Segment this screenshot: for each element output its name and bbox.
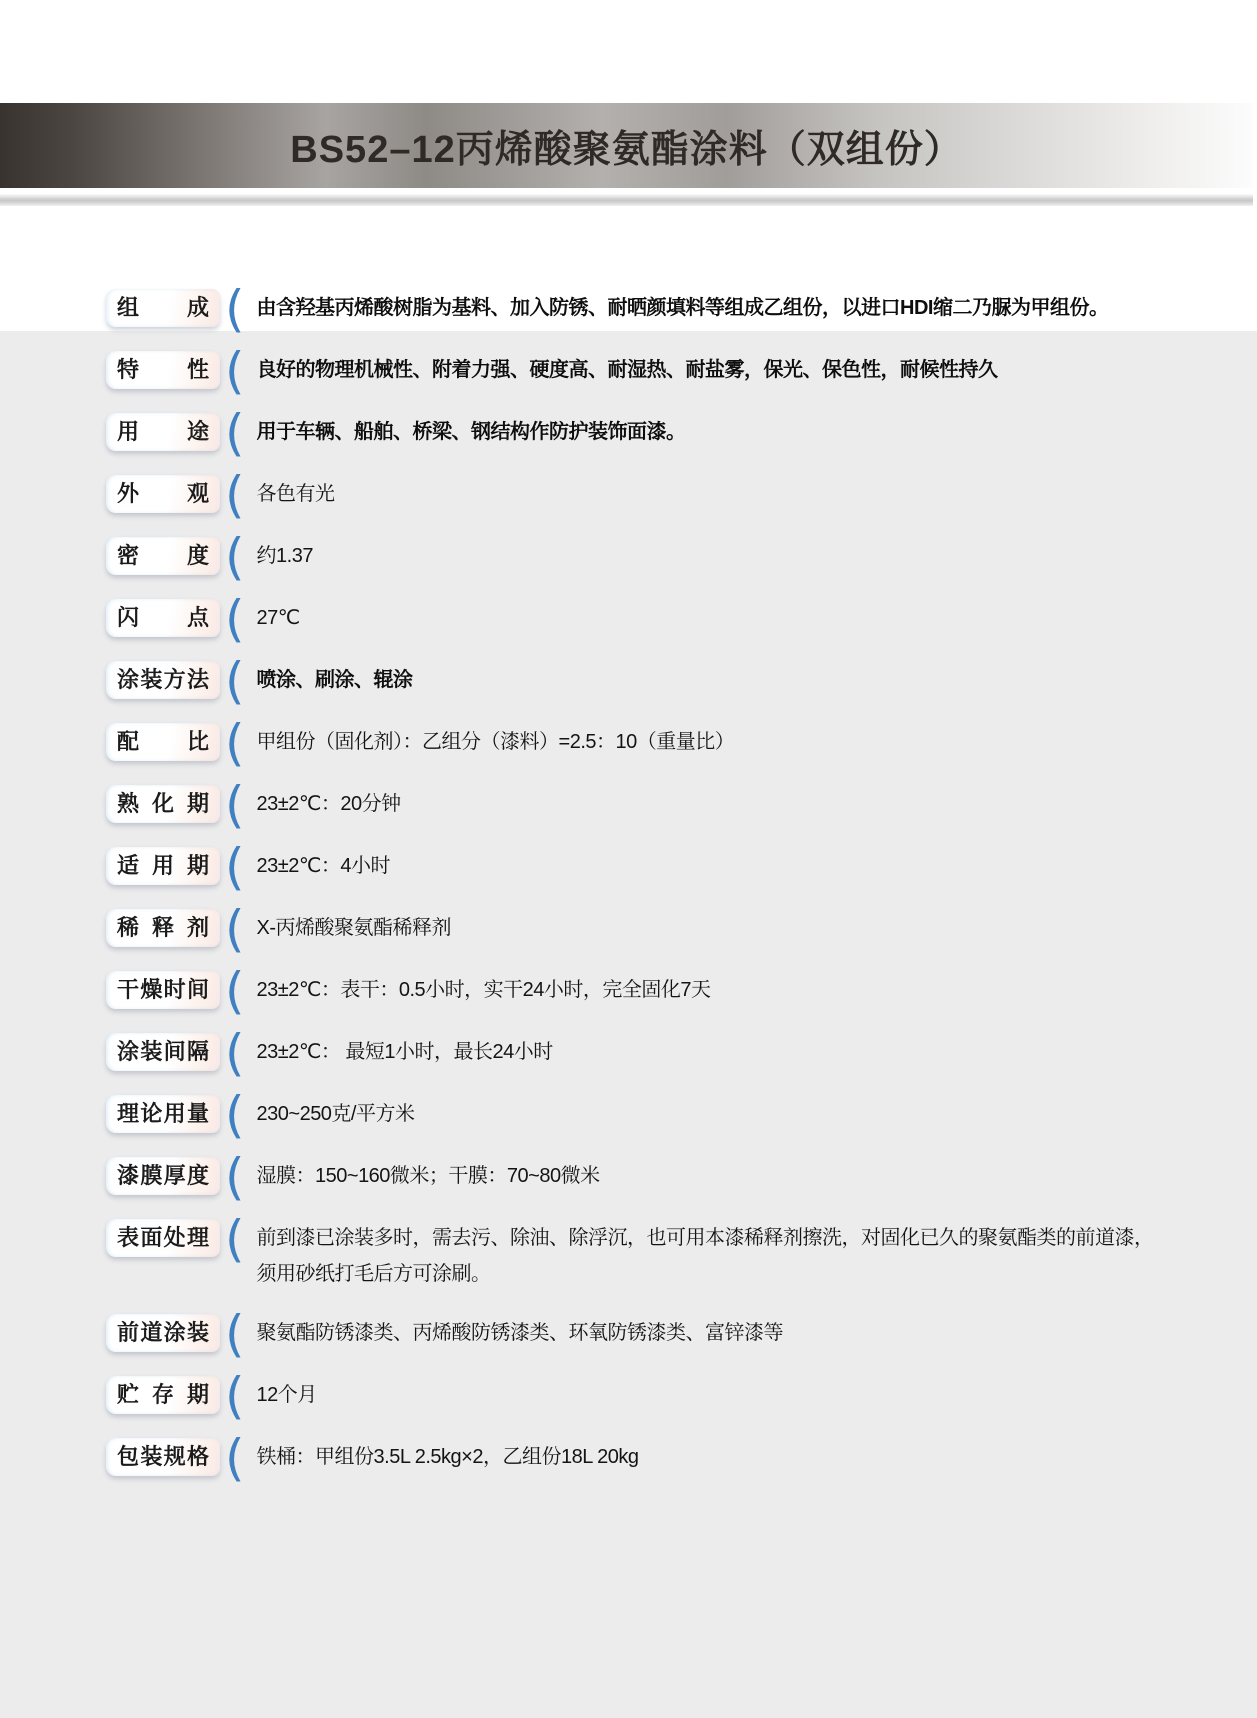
spec-label-box: 特性 bbox=[106, 351, 220, 389]
spec-row: 漆膜厚度 ( 湿膜：150~160微米；干膜：70~80微米 bbox=[106, 1157, 1211, 1197]
spec-row: 理论用量 ( 230~250克/平方米 bbox=[106, 1095, 1211, 1135]
spec-label: 组成 bbox=[117, 290, 209, 326]
spec-row: 前道涂装 ( 聚氨酯防锈漆类、丙烯酸防锈漆类、环氧防锈漆类、富锌漆等 bbox=[106, 1314, 1211, 1354]
spec-label: 特性 bbox=[117, 352, 209, 388]
open-bracket-icon: ( bbox=[225, 1314, 245, 1354]
spec-value: 230~250克/平方米 bbox=[257, 1095, 415, 1132]
open-bracket-icon: ( bbox=[225, 909, 245, 949]
spec-label: 理论用量 bbox=[117, 1096, 209, 1132]
open-bracket-icon: ( bbox=[225, 847, 245, 887]
spec-label: 干燥时间 bbox=[117, 972, 209, 1008]
spec-value: 各色有光 bbox=[257, 475, 335, 512]
spec-row: 涂装间隔 ( 23±2℃： 最短1小时，最长24小时 bbox=[106, 1033, 1211, 1073]
spec-row: 干燥时间 ( 23±2℃：表干：0.5小时，实干24小时，完全固化7天 bbox=[106, 971, 1211, 1011]
spec-label-box: 闪点 bbox=[106, 599, 220, 637]
spec-label-box: 涂装方法 bbox=[106, 661, 220, 699]
spec-value: 由含羟基丙烯酸树脂为基料、加入防锈、耐晒颜填料等组成乙组份，以进口HDI缩二乃脲… bbox=[257, 289, 1109, 326]
spec-row: 熟化期 ( 23±2℃：20分钟 bbox=[106, 785, 1211, 825]
spec-row: 表面处理 ( 前到漆已涂装多时，需去污、除油、除浮沉，也可用本漆稀释剂擦洗，对固… bbox=[106, 1219, 1211, 1292]
spec-value: 前到漆已涂装多时，需去污、除油、除浮沉，也可用本漆稀释剂擦洗，对固化已久的聚氨酯… bbox=[257, 1219, 1157, 1292]
spec-row: 涂装方法 ( 喷涂、刷涂、辊涂 bbox=[106, 661, 1211, 701]
open-bracket-icon: ( bbox=[225, 351, 245, 391]
spec-value: 23±2℃：表干：0.5小时，实干24小时，完全固化7天 bbox=[257, 971, 711, 1008]
datasheet-page: BS52–12丙烯酸聚氨酯涂料（双组份） 组成 ( 由含羟基丙烯酸树脂为基料、加… bbox=[0, 0, 1257, 1718]
open-bracket-icon: ( bbox=[225, 413, 245, 453]
spec-label: 密度 bbox=[117, 538, 209, 574]
spec-label: 配比 bbox=[117, 724, 209, 760]
open-bracket-icon: ( bbox=[225, 661, 245, 701]
spec-row: 稀释剂 ( X-丙烯酸聚氨酯稀释剂 bbox=[106, 909, 1211, 949]
spec-label-box: 熟化期 bbox=[106, 785, 220, 823]
spec-value: 聚氨酯防锈漆类、丙烯酸防锈漆类、环氧防锈漆类、富锌漆等 bbox=[257, 1314, 784, 1351]
spec-value: 27℃ bbox=[257, 599, 300, 636]
spec-row: 用途 ( 用于车辆、船舶、桥梁、钢结构作防护装饰面漆。 bbox=[106, 413, 1211, 453]
open-bracket-icon: ( bbox=[225, 475, 245, 515]
spec-label-box: 组成 bbox=[106, 289, 220, 327]
spec-row: 密度 ( 约1.37 bbox=[106, 537, 1211, 577]
spec-value: 喷涂、刷涂、辊涂 bbox=[257, 661, 413, 698]
spec-label-box: 适用期 bbox=[106, 847, 220, 885]
spec-label: 适用期 bbox=[117, 848, 209, 884]
spec-label: 涂装间隔 bbox=[117, 1034, 209, 1070]
open-bracket-icon: ( bbox=[225, 289, 245, 329]
spec-label-box: 包装规格 bbox=[106, 1438, 220, 1476]
spec-value: 良好的物理机械性、附着力强、硬度高、耐湿热、耐盐雾，保光、保色性，耐候性持久 bbox=[257, 351, 998, 388]
spec-row: 包装规格 ( 铁桶：甲组份3.5L 2.5kg×2，乙组份18L 20kg bbox=[106, 1438, 1211, 1478]
spec-row: 组成 ( 由含羟基丙烯酸树脂为基料、加入防锈、耐晒颜填料等组成乙组份，以进口HD… bbox=[106, 289, 1211, 329]
spec-value: 12个月 bbox=[257, 1376, 317, 1413]
page-title: BS52–12丙烯酸聚氨酯涂料（双组份） bbox=[290, 118, 962, 173]
spec-label: 熟化期 bbox=[117, 786, 209, 822]
open-bracket-icon: ( bbox=[225, 1033, 245, 1073]
open-bracket-icon: ( bbox=[225, 599, 245, 639]
spec-label-box: 配比 bbox=[106, 723, 220, 761]
spec-label-box: 贮存期 bbox=[106, 1376, 220, 1414]
header-bar: BS52–12丙烯酸聚氨酯涂料（双组份） bbox=[0, 103, 1253, 188]
open-bracket-icon: ( bbox=[225, 971, 245, 1011]
spec-label-box: 稀释剂 bbox=[106, 909, 220, 947]
spec-label: 贮存期 bbox=[117, 1377, 209, 1413]
open-bracket-icon: ( bbox=[225, 537, 245, 577]
spec-value: 湿膜：150~160微米；干膜：70~80微米 bbox=[257, 1157, 600, 1194]
spec-row: 适用期 ( 23±2℃：4小时 bbox=[106, 847, 1211, 887]
spec-label-box: 外观 bbox=[106, 475, 220, 513]
spec-label: 漆膜厚度 bbox=[117, 1158, 209, 1194]
spec-row: 贮存期 ( 12个月 bbox=[106, 1376, 1211, 1416]
spec-label: 表面处理 bbox=[117, 1220, 209, 1256]
open-bracket-icon: ( bbox=[225, 723, 245, 763]
spec-value: 铁桶：甲组份3.5L 2.5kg×2，乙组份18L 20kg bbox=[257, 1438, 639, 1475]
spec-label-box: 密度 bbox=[106, 537, 220, 575]
open-bracket-icon: ( bbox=[225, 1438, 245, 1478]
spec-label: 前道涂装 bbox=[117, 1315, 209, 1351]
spec-value: 23±2℃：20分钟 bbox=[257, 785, 401, 822]
spec-value: 约1.37 bbox=[257, 537, 313, 574]
spec-label: 用途 bbox=[117, 414, 209, 450]
spec-label: 闪点 bbox=[117, 600, 209, 636]
open-bracket-icon: ( bbox=[225, 1157, 245, 1197]
spec-label: 稀释剂 bbox=[117, 910, 209, 946]
open-bracket-icon: ( bbox=[225, 1219, 245, 1259]
spec-label: 包装规格 bbox=[117, 1439, 209, 1475]
spec-value: X-丙烯酸聚氨酯稀释剂 bbox=[257, 909, 452, 946]
open-bracket-icon: ( bbox=[225, 1095, 245, 1135]
spec-rows: 组成 ( 由含羟基丙烯酸树脂为基料、加入防锈、耐晒颜填料等组成乙组份，以进口HD… bbox=[106, 289, 1211, 1500]
spec-row: 外观 ( 各色有光 bbox=[106, 475, 1211, 515]
spec-label-box: 涂装间隔 bbox=[106, 1033, 220, 1071]
spec-label-box: 用途 bbox=[106, 413, 220, 451]
spec-label: 涂装方法 bbox=[117, 662, 209, 698]
spec-label-box: 干燥时间 bbox=[106, 971, 220, 1009]
spec-value: 用于车辆、船舶、桥梁、钢结构作防护装饰面漆。 bbox=[257, 413, 686, 450]
spec-value: 甲组份（固化剂）：乙组分（漆料）=2.5：10（重量比） bbox=[257, 723, 735, 760]
spec-row: 特性 ( 良好的物理机械性、附着力强、硬度高、耐湿热、耐盐雾，保光、保色性，耐候… bbox=[106, 351, 1211, 391]
spec-label-box: 表面处理 bbox=[106, 1219, 220, 1257]
spec-label-box: 理论用量 bbox=[106, 1095, 220, 1133]
spec-label: 外观 bbox=[117, 476, 209, 512]
spec-label-box: 前道涂装 bbox=[106, 1314, 220, 1352]
open-bracket-icon: ( bbox=[225, 785, 245, 825]
spec-value: 23±2℃：4小时 bbox=[257, 847, 390, 884]
spec-label-box: 漆膜厚度 bbox=[106, 1157, 220, 1195]
divider-strip bbox=[0, 194, 1253, 206]
spec-row: 闪点 ( 27℃ bbox=[106, 599, 1211, 639]
spec-row: 配比 ( 甲组份（固化剂）：乙组分（漆料）=2.5：10（重量比） bbox=[106, 723, 1211, 763]
open-bracket-icon: ( bbox=[225, 1376, 245, 1416]
spec-value: 23±2℃： 最短1小时，最长24小时 bbox=[257, 1033, 553, 1070]
